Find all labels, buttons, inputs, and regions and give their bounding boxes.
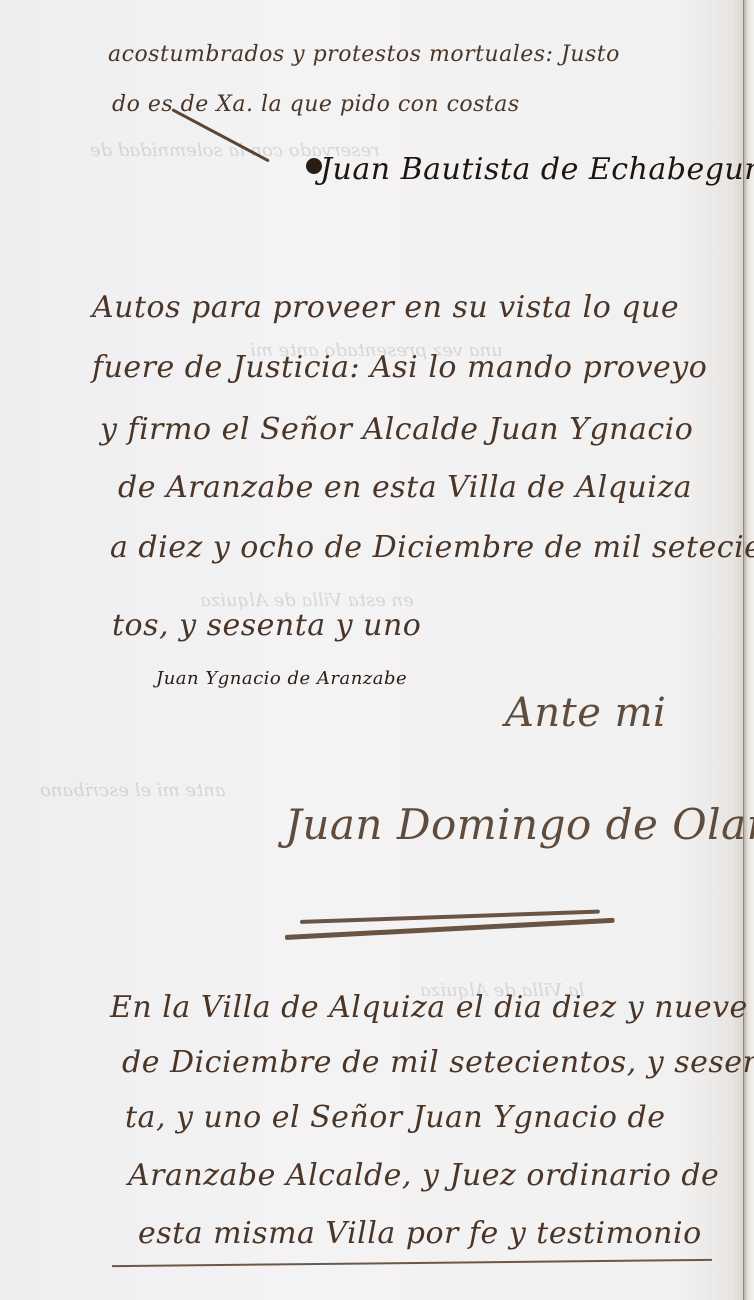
- signature-olano: Juan Domingo de Olano: [285, 800, 754, 849]
- manuscript-line: do es de Xa. la que pido con costas: [112, 92, 520, 117]
- manuscript-line: tos, y sesenta y uno: [112, 608, 421, 643]
- signature-ante-mi: Ante mi: [505, 690, 666, 736]
- manuscript-line: a diez y ocho de Diciembre de mil seteci…: [110, 530, 754, 565]
- manuscript-line: Autos para proveer en su vista lo que: [92, 290, 679, 325]
- manuscript-line: En la Villa de Alquiza el dia diez y nue…: [110, 990, 748, 1025]
- signature-echabeguren: Juan Bautista de Echabeguren: [320, 152, 754, 187]
- manuscript-line: de Aranzabe en esta Villa de Alquiza: [118, 470, 692, 505]
- manuscript-line: esta misma Villa por fe y testimonio: [138, 1216, 702, 1251]
- manuscript-line: ta, y uno el Señor Juan Ygnacio de: [125, 1100, 665, 1135]
- signature-aranzabe: Juan Ygnacio de Aranzabe: [156, 668, 407, 689]
- bleed-through-text: ante mi el escribano: [40, 780, 226, 801]
- manuscript-line: de Diciembre de mil setecientos, y sesen…: [122, 1045, 754, 1080]
- manuscript-line: fuere de Justicia: Asi lo mando proveyo: [92, 350, 707, 385]
- page-edge: [743, 0, 754, 1300]
- closing-rule: [112, 1259, 712, 1267]
- manuscript-page: reservado con la solemnidad de una vez p…: [0, 0, 754, 1300]
- manuscript-line: y firmo el Señor Alcalde Juan Ygnacio: [100, 412, 693, 447]
- manuscript-line: Aranzabe Alcalde, y Juez ordinario de: [128, 1158, 719, 1193]
- manuscript-line: acostumbrados y protestos mortuales: Jus…: [108, 42, 620, 67]
